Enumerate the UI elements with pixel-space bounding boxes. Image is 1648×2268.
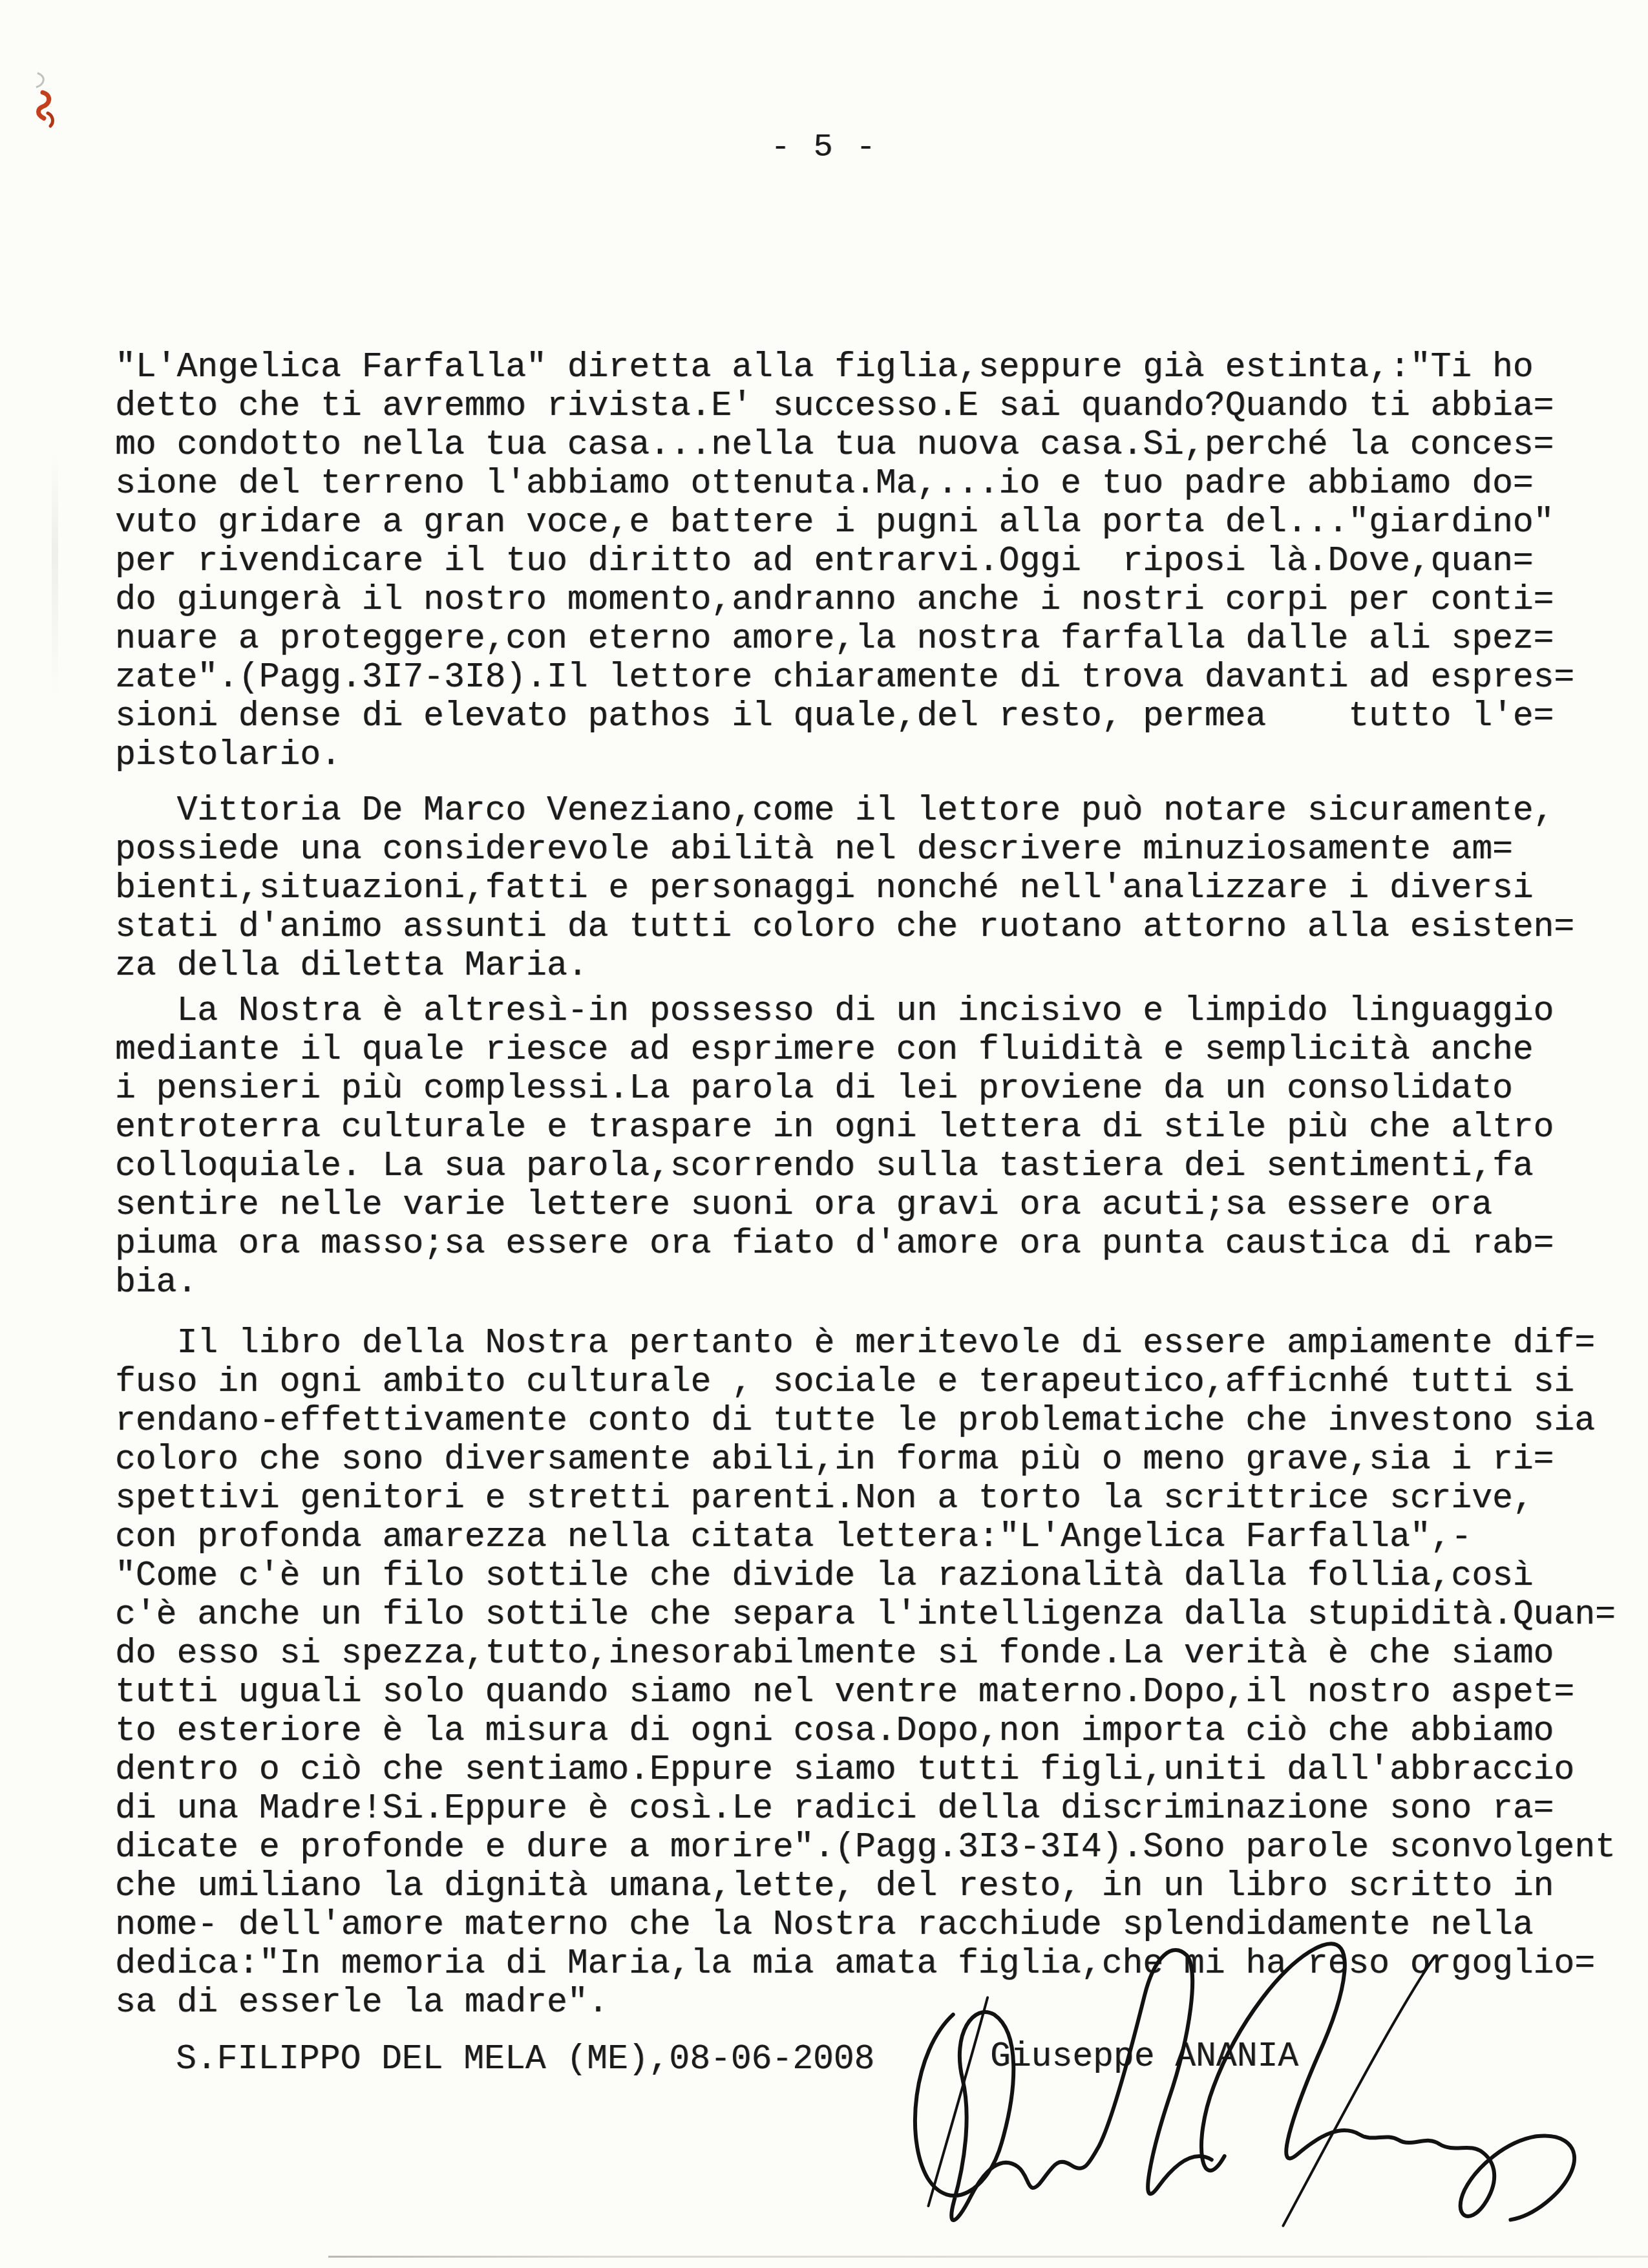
text-line: za della diletta Maria. <box>115 946 1627 985</box>
text-line: do esso si spezza,tutto,inesorabilmente … <box>115 1634 1627 1673</box>
text-line: fuso in ogni ambito culturale , sociale … <box>115 1362 1627 1401</box>
text-line: i pensieri più complessi.La parola di le… <box>115 1069 1627 1108</box>
paragraph: La Nostra è altresì-in possesso di un in… <box>115 991 1627 1302</box>
scan-artifact-line <box>328 2256 1648 2258</box>
text-line: bienti,situazioni,fatti e personaggi non… <box>115 869 1627 907</box>
handwritten-signature <box>875 1926 1620 2256</box>
text-line: tutti uguali solo quando siamo nel ventr… <box>115 1673 1627 1712</box>
text-line: che umiliano la dignità umana,lette, del… <box>115 1867 1627 1905</box>
text-line: detto che ti avremmo rivista.E' successo… <box>115 387 1627 425</box>
text-line: mo condotto nella tua casa...nella tua n… <box>115 425 1627 464</box>
paragraph: Vittoria De Marco Veneziano,come il lett… <box>115 791 1627 985</box>
letter-body: "L'Angelica Farfalla" diretta alla figli… <box>115 348 1627 2022</box>
text-line: vuto gridare a gran voce,e battere i pug… <box>115 503 1627 542</box>
text-line: nuare a proteggere,con eterno amore,la n… <box>115 619 1627 658</box>
text-line: "Come c'è un filo sottile che divide la … <box>115 1556 1627 1595</box>
red-ink-mark <box>18 68 76 132</box>
text-line: sentire nelle varie lettere suoni ora gr… <box>115 1185 1627 1224</box>
text-line: con profonda amarezza nella citata lette… <box>115 1518 1627 1556</box>
text-line: dicate e profonde e dure a morire".(Pagg… <box>115 1828 1627 1867</box>
text-line: piuma ora masso;sa essere ora fiato d'am… <box>115 1224 1627 1263</box>
text-line: to esteriore è la misura di ogni cosa.Do… <box>115 1712 1627 1750</box>
text-line: c'è anche un filo sottile che separa l'i… <box>115 1595 1627 1634</box>
text-line: entroterra culturale e traspare in ogni … <box>115 1108 1627 1147</box>
text-line: sione del terreno l'abbiamo ottenuta.Ma,… <box>115 464 1627 503</box>
text-line: sioni dense di elevato pathos il quale,d… <box>115 697 1627 736</box>
text-line: di una Madre!Si.Eppure è così.Le radici … <box>115 1789 1627 1828</box>
text-line: spettivi genitori e stretti parenti.Non … <box>115 1479 1627 1518</box>
text-line: La Nostra è altresì-in possesso di un in… <box>115 991 1627 1030</box>
text-line: colloquiale. La sua parola,scorrendo sul… <box>115 1147 1627 1185</box>
scan-smudge <box>52 452 58 698</box>
page-number: - 5 - <box>0 129 1648 166</box>
text-line: bia. <box>115 1263 1627 1302</box>
text-line: zate".(Pagg.3I7-3I8).Il lettore chiarame… <box>115 658 1627 697</box>
text-line: rendano-effettivamente conto di tutte le… <box>115 1401 1627 1440</box>
text-line: stati d'animo assunti da tutti coloro ch… <box>115 907 1627 946</box>
text-line: Vittoria De Marco Veneziano,come il lett… <box>115 791 1627 830</box>
text-line: Il libro della Nostra pertanto è meritev… <box>115 1324 1627 1362</box>
text-line: do giungerà il nostro momento,andranno a… <box>115 580 1627 619</box>
text-line: coloro che sono diversamente abili,in fo… <box>115 1440 1627 1479</box>
paragraph: Il libro della Nostra pertanto è meritev… <box>115 1324 1627 2022</box>
text-line: dentro o ciò che sentiamo.Eppure siamo t… <box>115 1750 1627 1789</box>
document-page: - 5 - "L'Angelica Farfalla" diretta alla… <box>0 0 1648 2268</box>
place-date: S.FILIPPO DEL MELA (ME),08-06-2008 <box>176 2040 874 2079</box>
text-line: pistolario. <box>115 736 1627 774</box>
text-line: mediante il quale riesce ad esprimere co… <box>115 1030 1627 1069</box>
text-line: "L'Angelica Farfalla" diretta alla figli… <box>115 348 1627 387</box>
text-line: possiede una considerevole abilità nel d… <box>115 830 1627 869</box>
paragraph: "L'Angelica Farfalla" diretta alla figli… <box>115 348 1627 774</box>
text-line: per rivendicare il tuo diritto ad entrar… <box>115 542 1627 580</box>
